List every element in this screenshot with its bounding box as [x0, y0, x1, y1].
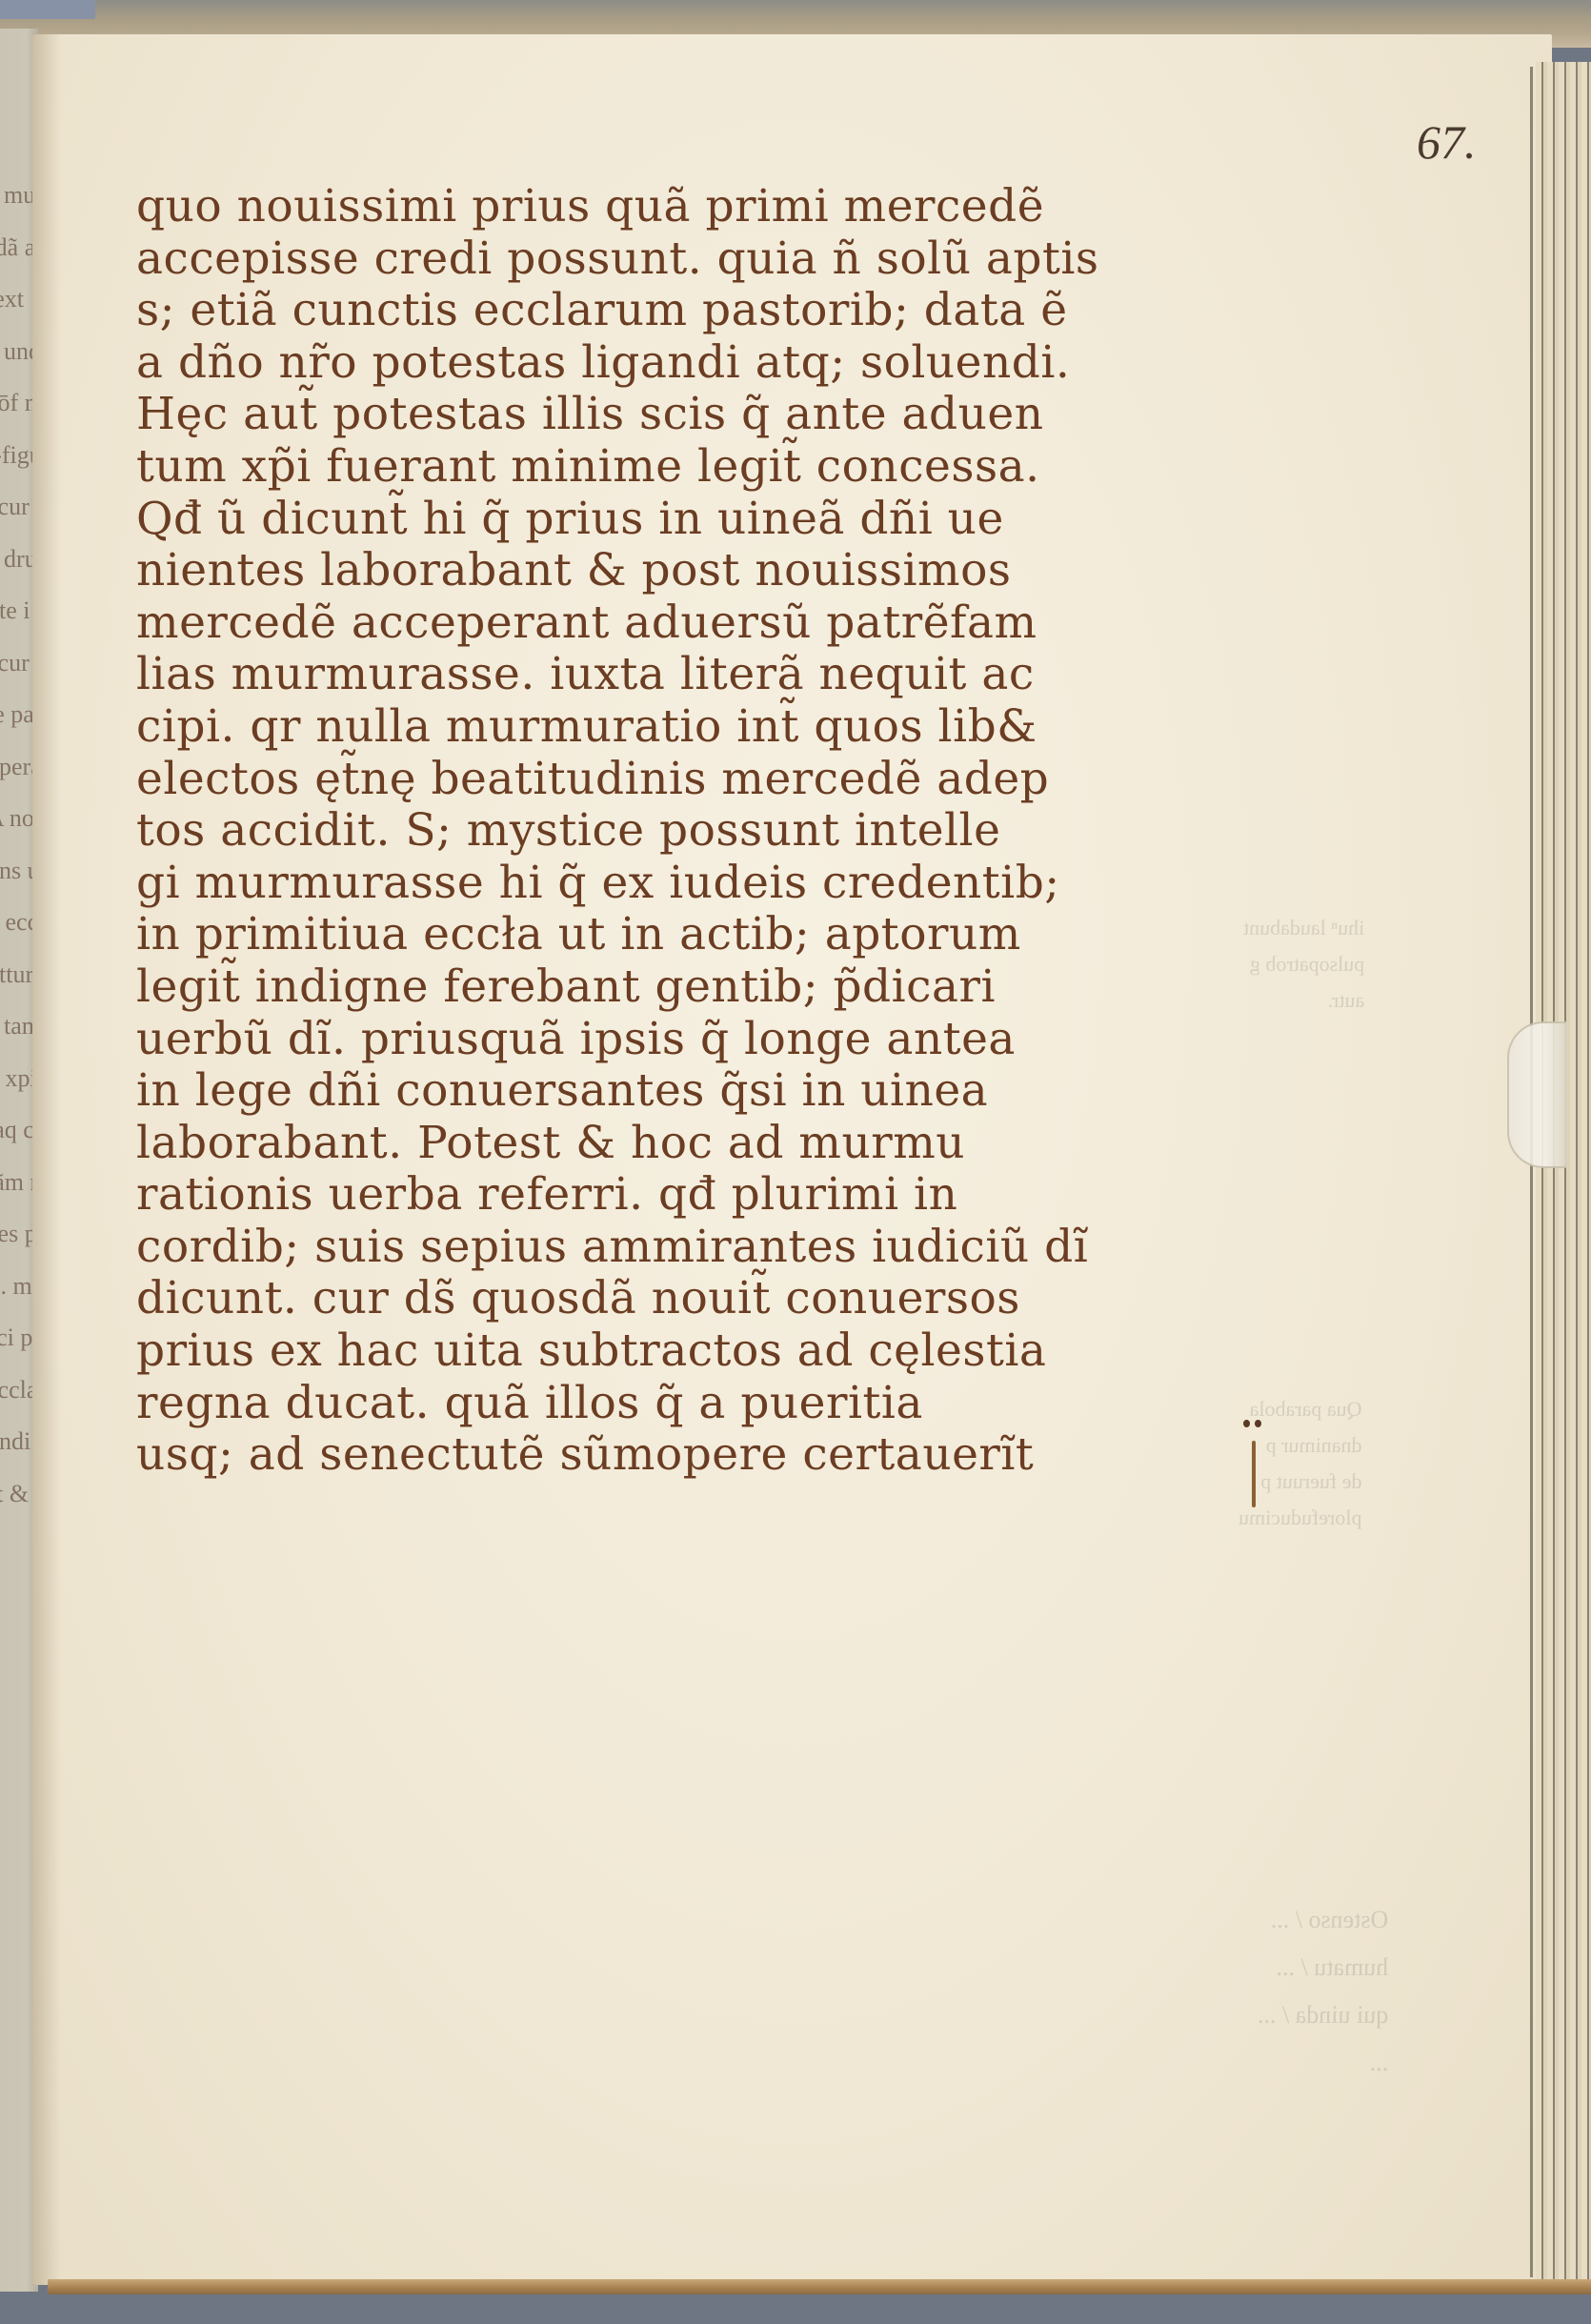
background-backdrop — [0, 0, 95, 19]
text-line: usq; ad senectutẽ sũmopere certauerĩt — [136, 1429, 1232, 1482]
marginal-mark-icon — [1243, 1420, 1257, 1506]
text-line: regna ducat. quã illos q̃ a pueritia — [136, 1378, 1232, 1430]
text-line: quo nouissimi prius quã primi mercedẽ — [136, 181, 1232, 233]
text-line: prius ex hac uita subtractos ad cęlestia — [136, 1325, 1232, 1378]
text-line: lias murmurasse. iuxta literã nequit ac — [136, 649, 1232, 701]
folio-number: 67. — [1417, 114, 1477, 170]
book-bottom-edge — [48, 2279, 1591, 2294]
text-line: a dño nr̃o potestas ligandi atq; soluend… — [136, 337, 1232, 390]
text-line: cordib; suis sepius ammirantes iudiciũ d… — [136, 1222, 1232, 1274]
text-line: rationis uerba referri. qđ plurimi in — [136, 1169, 1232, 1222]
text-line: tum xp̃i fuerant minime legit̃ concessa. — [136, 441, 1232, 494]
bleed-through-bottom-block: Ostenso / ... humatu / ... qui uinda / .… — [1258, 1896, 1388, 2087]
text-line: accepisse credi possunt. quia ñ solũ apt… — [136, 233, 1232, 286]
bleed-through-margin-note-upper: ihuⁿ laudabunt pulsopatrob g autr. — [1243, 910, 1364, 1019]
text-line: cipi. qr nulla murmuratio int̃ quos lib& — [136, 701, 1232, 754]
ghost-line: ... — [1258, 2039, 1388, 2087]
text-line: Hęc aut̃ potestas illis scis q̃ ante adu… — [136, 389, 1232, 441]
ghost-line: humatu / ... — [1258, 1944, 1388, 1991]
page-edge-line — [1530, 67, 1533, 2277]
dot-icon — [1255, 1420, 1261, 1427]
ghost-line: pulsopatrob g — [1243, 946, 1364, 982]
ghost-line: ihuⁿ laudabunt — [1243, 910, 1364, 946]
ghost-line: plorefuducimu — [1239, 1500, 1362, 1536]
ghost-line: Ostenso / ... — [1258, 1896, 1388, 1944]
gutter-shadow — [32, 34, 61, 2285]
text-line: Qđ ũ dicunt̃ hi q̃ prius in uineã dñi ue — [136, 494, 1232, 546]
text-line: in lege dñi conuersantes q̃si in uinea — [136, 1065, 1232, 1118]
manuscript-scan: ā munfdã alexta undcōf mut-figuecura dru… — [0, 0, 1591, 2324]
dot-icon — [1243, 1420, 1250, 1427]
page-tab-marker[interactable] — [1507, 1021, 1566, 1168]
stacked-page-edges — [1536, 62, 1591, 2287]
text-line: dicunt. cur ds̃ quosdã nouit̃ conuersos — [136, 1273, 1232, 1325]
text-line: in primitiua eccła ut in actib; aptorum — [136, 909, 1232, 961]
bleed-through-margin-note-lower: Qua parabola dnanimur p de fueruut p plo… — [1239, 1391, 1362, 1536]
text-line: laborabant. Potest & hoc ad murmu — [136, 1118, 1232, 1170]
text-line: mercedẽ acceperant aduersũ patrẽfam — [136, 597, 1232, 650]
text-line: s; etiã cunctis ecclarum pastorib; data … — [136, 285, 1232, 337]
ghost-line: qui uinda / ... — [1258, 1991, 1388, 2039]
text-line: electos ęt̃nę beatitudinis mercedẽ adep — [136, 754, 1232, 806]
ghost-line: dnanimur p — [1239, 1427, 1362, 1464]
text-line: uerbũ dĩ. priusquã ipsis q̃ longe antea — [136, 1014, 1232, 1066]
ghost-line: de fueruut p — [1239, 1464, 1362, 1500]
text-line: legit̃ indigne ferebant gentib; p̃dicari — [136, 961, 1232, 1014]
text-line: tos accidit. S; mystice possunt intelle — [136, 805, 1232, 858]
vertical-stroke-icon — [1252, 1441, 1256, 1507]
text-line: gi murmurasse hi q̃ ex iudeis credentib; — [136, 858, 1232, 910]
text-line: nientes laborabant & post nouissimos — [136, 545, 1232, 597]
main-text-block: quo nouissimi prius quã primi mercedẽ ac… — [136, 181, 1232, 1482]
ghost-line: autr. — [1243, 982, 1364, 1019]
